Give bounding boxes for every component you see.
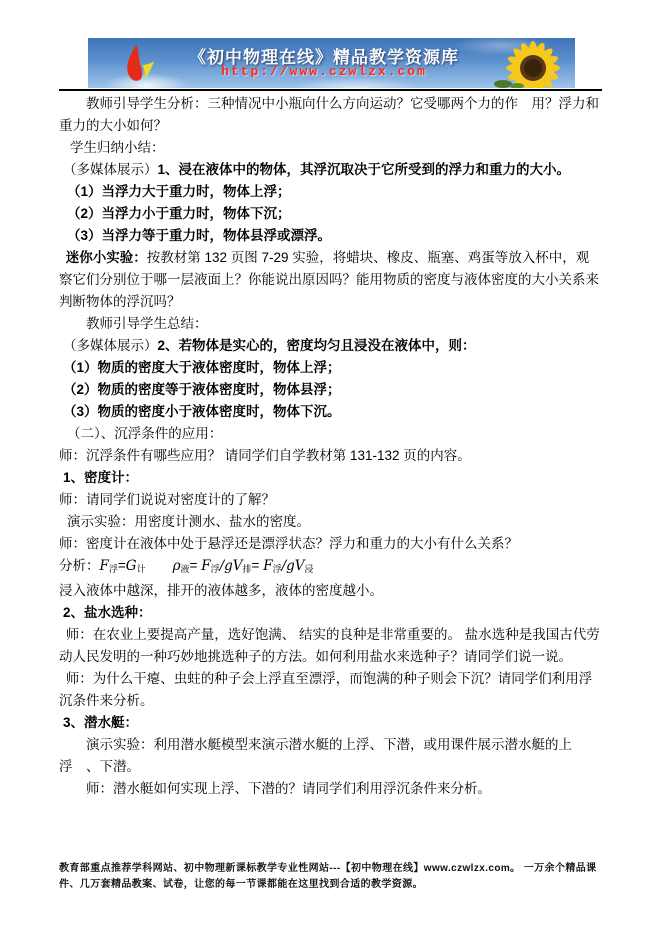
doc-paragraph: 师：为什么干瘪、虫蛀的种子会上浮直至漂浮，而饱满的种子则会下沉？请同学们利用浮沉… [59,668,602,712]
text-run: 学生归纳小结： [70,140,165,155]
doc-paragraph: （2）当浮力小于重力时，物体下沉； [59,203,602,225]
document-body: 教师引导学生分析：三种情况中小瓶向什么方向运动？它受哪两个力的作 用？浮力和重力… [59,93,602,800]
doc-paragraph: 师：密度计在液体中处于悬浮还是漂浮状态？浮力和重力的大小有什么关系？ [59,533,602,555]
text-run: （2）物质的密度等于液体密度时，物体县浮； [63,382,341,397]
text-run: 浸入液体中越深，排开的液体越多，液体的密度越小。 [59,583,383,598]
text-run: 演示实验：利用潜水艇模型来演示潜水艇的上浮、下潜，或用课件展示潜水艇的上浮 、下… [59,737,572,774]
text-run: 教师引导学生分析：三种情况中小瓶向什么方向运动？它受哪两个力的作 用？浮力和重力… [59,96,599,133]
formula-var: /g [282,558,295,574]
text-run: 3、潜水艇： [63,715,138,730]
text-run: 师：在农业上要提高产量，选好饱满、 结实的良种是非常重要的。 盐水选种是我国古代… [59,627,600,664]
text-run: 师：为什么干瘪、虫蛀的种子会上浮直至漂浮，而饱满的种子则会下沉？请同学们利用浮沉… [59,671,592,708]
footer-text: 教育部重点推荐学科网站、初中物理新课标教学专业性网站---【初中物理在线】www… [59,863,597,890]
text-run: （3）物质的密度小于液体密度时，物体下沉。 [63,404,341,419]
doc-paragraph: （1）物质的密度大于液体密度时，物体上浮； [59,357,602,379]
formula-var: F [263,558,272,574]
formula-var: F [201,558,210,574]
formula-sub: 计 [137,564,146,574]
doc-paragraph: （1）当浮力大于重力时，物体上浮； [59,181,602,203]
doc-paragraph: 演示实验：利用潜水艇模型来演示潜水艇的上浮、下潜，或用课件展示潜水艇的上浮 、下… [59,734,602,778]
doc-paragraph: （二）、沉浮条件的应用： [59,423,602,445]
formula-sub: 液 [181,564,190,574]
text-run: 1、密度计： [63,470,138,485]
formula-var: G [126,558,137,574]
doc-paragraph: 教师引导学生总结： [59,313,602,335]
text-run: （多媒体展示） [63,162,158,177]
formula-op: = [118,558,126,573]
text-run: （二）、沉浮条件的应用： [67,426,222,441]
formula-var: /g [220,558,233,574]
text-run: （3）当浮力等于重力时，物体县浮或漂浮。 [67,228,331,243]
formula-var: F [100,558,109,574]
doc-paragraph: 师：沉浮条件有哪些应用？ 请同学们自学教材第 131-132 页的内容。 [59,445,602,467]
text-run: 师：请同学们说说对密度计的了解？ [59,492,275,507]
doc-paragraph: 2、盐水选种： [59,602,602,624]
text-run: 师：潜水艇如何实现上浮、下潜的？请同学们利用浮沉条件来分析。 [86,781,491,796]
doc-paragraph: （多媒体展示）2、若物体是实心的，密度均匀且浸没在液体中，则： [59,335,602,357]
formula-var: ρ [173,558,181,574]
text-run: 师：密度计在液体中处于悬浮还是漂浮状态？浮力和重力的大小有什么关系？ [59,536,518,551]
doc-paragraph: 师：潜水艇如何实现上浮、下潜的？请同学们利用浮沉条件来分析。 [59,778,602,800]
text-run: （1）当浮力大于重力时，物体上浮； [67,184,291,199]
formula-var: V [233,558,243,574]
doc-paragraph: 演示实验：用密度计测水、盐水的密度。 [59,511,602,533]
doc-paragraph: 1、密度计： [59,467,602,489]
formula-sub: 浮 [211,564,220,574]
site-url[interactable]: http://www.czwlzx.com [183,64,465,79]
text-run: 1、浸在液体中的物体，其浮沉取决于它所受到的浮力和重力的大小。 [158,162,571,177]
doc-paragraph: 浸入液体中越深，排开的液体越多，液体的密度越小。 [59,580,602,602]
doc-paragraph: 教师引导学生分析：三种情况中小瓶向什么方向运动？它受哪两个力的作 用？浮力和重力… [59,93,602,137]
text-run: 演示实验：用密度计测水、盐水的密度。 [67,514,310,529]
header-divider [59,89,602,91]
doc-paragraph: （多媒体展示）1、浸在液体中的物体，其浮沉取决于它所受到的浮力和重力的大小。 [59,159,602,181]
site-footer: 教育部重点推荐学科网站、初中物理新课标教学专业性网站---【初中物理在线】www… [59,861,607,893]
doc-paragraph: 师：请同学们说说对密度计的了解？ [59,489,602,511]
formula-sub: 浮 [109,564,118,574]
text-run: （1）物质的密度大于液体密度时，物体上浮； [63,360,341,375]
text-run: 迷你小实验： [66,250,147,265]
document-page: 《初中物理在线》精品教学资源库 http://www.czwlzx.com [0,0,661,936]
text-run: （2）当浮力小于重力时，物体下沉； [67,206,291,221]
formula-sub: 浸 [305,564,314,574]
formula-op: = [252,558,264,573]
formula-var: V [295,558,305,574]
doc-paragraph: （2）物质的密度等于液体密度时，物体县浮； [59,379,602,401]
doc-paragraph: （3）物质的密度小于液体密度时，物体下沉。 [59,401,602,423]
text-run: 分析： [59,558,100,573]
formula-sub: 浮 [273,564,282,574]
sunflower-icon [475,38,575,88]
text-run: 2、若物体是实心的，密度均匀且浸没在液体中，则： [158,338,476,353]
site-banner: 《初中物理在线》精品教学资源库 http://www.czwlzx.com [88,38,575,88]
formula-line: 分析：F浮=G计 ρ液= F浮/gV排= F浮/gV浸 [59,555,602,580]
text-run: 2、盐水选种： [63,605,152,620]
text-run: 教师引导学生总结： [86,316,208,331]
doc-paragraph: （3）当浮力等于重力时，物体县浮或漂浮。 [59,225,602,247]
text-run: （多媒体展示） [63,338,158,353]
formula-space [146,558,173,573]
text-run: 师：沉浮条件有哪些应用？ 请同学们自学教材第 131-132 页的内容。 [59,448,471,463]
site-logo-icon [116,42,164,86]
formula-op: = [190,558,202,573]
formula-sub: 排 [243,564,252,574]
doc-paragraph: 师：在农业上要提高产量，选好饱满、 结实的良种是非常重要的。 盐水选种是我国古代… [59,624,602,668]
doc-paragraph: 学生归纳小结： [59,137,602,159]
doc-paragraph: 3、潜水艇： [59,712,602,734]
doc-paragraph: 迷你小实验：按教材第 132 页图 7-29 实验，将蜡块、橡皮、瓶塞、鸡蛋等放… [59,247,602,313]
